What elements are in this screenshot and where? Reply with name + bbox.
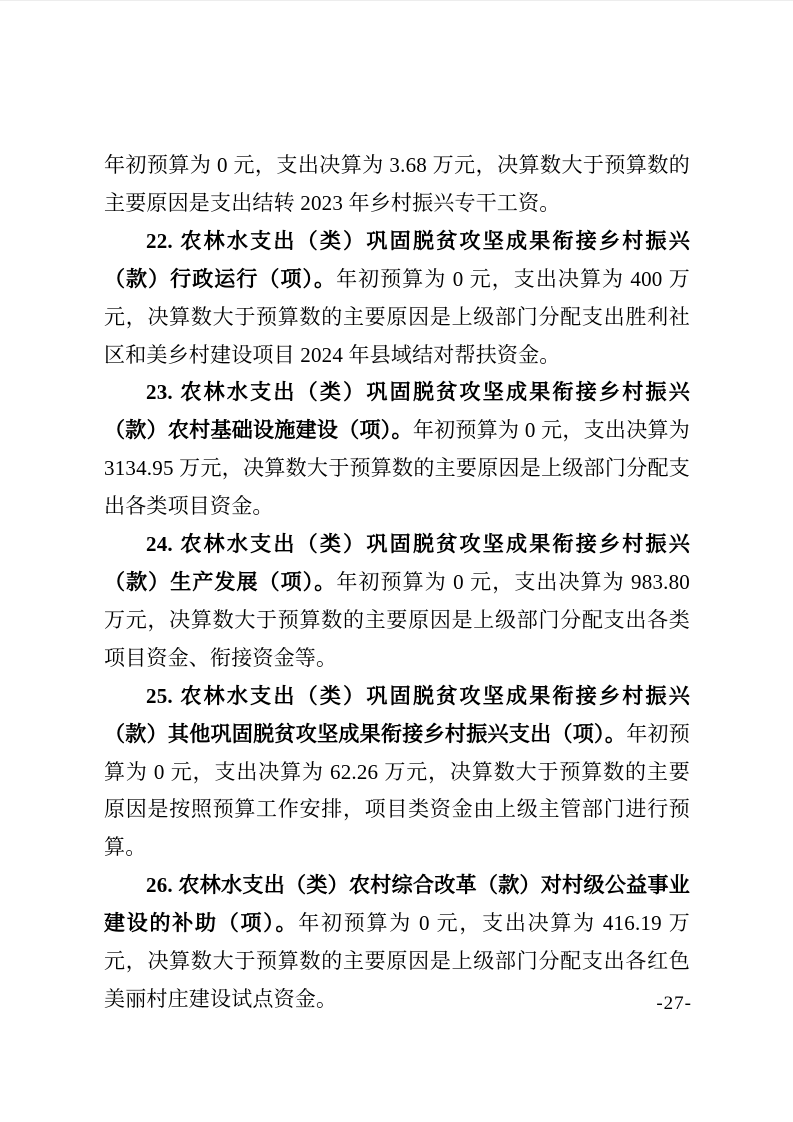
- item-body-text: 年初预算为 0 元，支出决算为 3.68 万元，决算数大于预算数的主要原因是支出…: [104, 153, 690, 215]
- page-number: -27-: [656, 993, 692, 1015]
- item-heading: 25. 农林水支出（类）巩固脱贫攻坚成果衔接乡村振兴（款）其他巩固脱贫攻坚成果衔…: [104, 684, 690, 746]
- budget-item-paragraph: 22. 农林水支出（类）巩固脱贫攻坚成果衔接乡村振兴（款）行政运行（项）。年初预…: [104, 223, 690, 375]
- budget-item-paragraph: 23. 农林水支出（类）巩固脱贫攻坚成果衔接乡村振兴（款）农村基础设施建设（项）…: [104, 374, 690, 526]
- budget-item-paragraph: 25. 农林水支出（类）巩固脱贫攻坚成果衔接乡村振兴（款）其他巩固脱贫攻坚成果衔…: [104, 678, 690, 868]
- document-content: 年初预算为 0 元，支出决算为 3.68 万元，决算数大于预算数的主要原因是支出…: [104, 147, 690, 1019]
- document-page: 年初预算为 0 元，支出决算为 3.68 万元，决算数大于预算数的主要原因是支出…: [0, 0, 793, 1122]
- continuation-paragraph: 年初预算为 0 元，支出决算为 3.68 万元，决算数大于预算数的主要原因是支出…: [104, 147, 690, 223]
- budget-item-paragraph: 26. 农林水支出（类）农村综合改革（款）对村级公益事业建设的补助（项）。年初预…: [104, 867, 690, 1019]
- budget-item-paragraph: 24. 农林水支出（类）巩固脱贫攻坚成果衔接乡村振兴（款）生产发展（项）。年初预…: [104, 526, 690, 678]
